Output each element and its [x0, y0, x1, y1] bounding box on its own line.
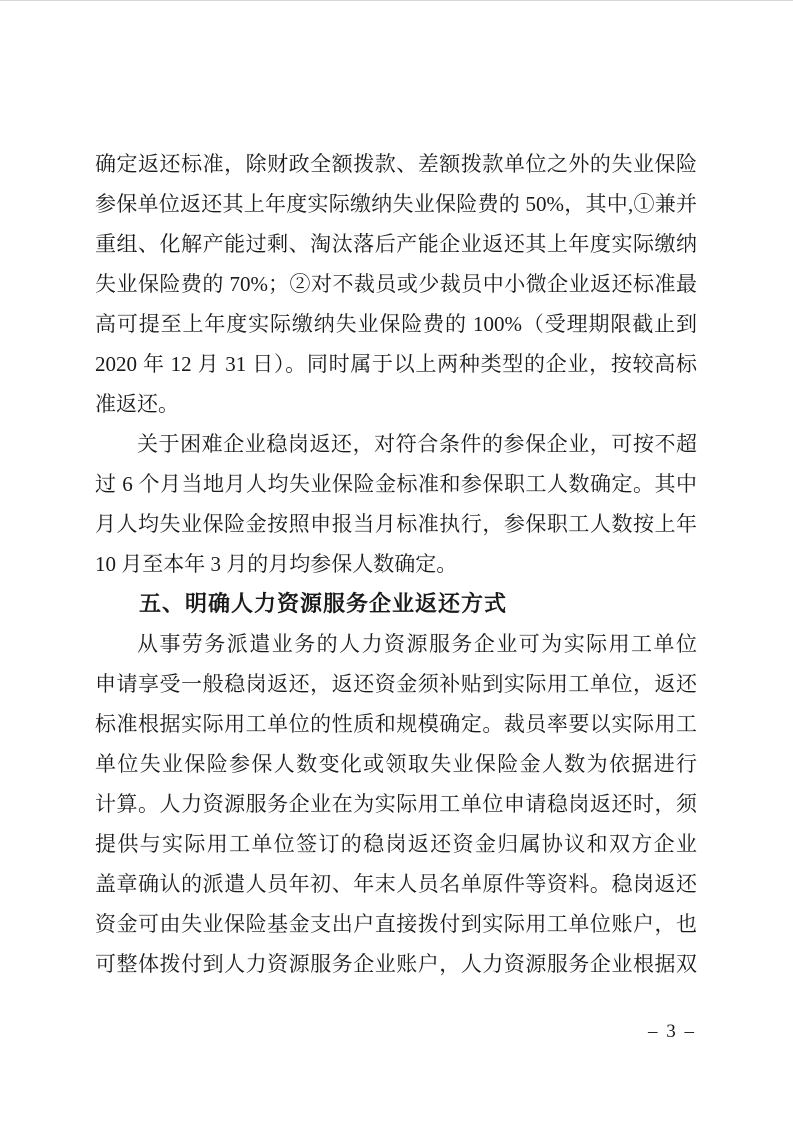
section-heading: 五、明确人力资源服务企业返还方式: [95, 584, 697, 624]
text-line: 2020 年 12 月 31 日）。同时属于以上两种类型的企业，按较高标: [95, 344, 697, 384]
text-line: 月人均失业保险金按照申报当月标准执行，参保职工人数按上年: [95, 504, 697, 544]
text-line: 盖章确认的派遣人员年初、年末人员名单原件等资料。稳岗返还: [95, 864, 697, 904]
text-line: 高可提至上年度实际缴纳失业保险费的 100%（受理期限截止到: [95, 304, 697, 344]
text-line: 申请享受一般稳岗返还，返还资金须补贴到实际用工单位，返还: [95, 664, 697, 704]
text-line: 关于困难企业稳岗返还，对符合条件的参保企业，可按不超: [95, 424, 697, 464]
paragraph: 关于困难企业稳岗返还，对符合条件的参保企业，可按不超过 6 个月当地月人均失业保…: [95, 424, 697, 584]
text-line: 可整体拨付到人力资源服务企业账户，人力资源服务企业根据双: [95, 944, 697, 984]
text-line: 准返还。: [95, 384, 697, 424]
text-line: 参保单位返还其上年度实际缴纳失业保险费的 50%，其中,①兼并: [95, 184, 697, 224]
text-line: 标准根据实际用工单位的性质和规模确定。裁员率要以实际用工: [95, 704, 697, 744]
text-line: 资金可由失业保险基金支出户直接拨付到实际用工单位账户，也: [95, 904, 697, 944]
heading-line: 五、明确人力资源服务企业返还方式: [95, 584, 697, 624]
text-line: 单位失业保险参保人数变化或领取失业保险金人数为依据进行: [95, 744, 697, 784]
text-line: 确定返还标准，除财政全额拨款、差额拨款单位之外的失业保险: [95, 144, 697, 184]
text-line: 失业保险费的 70%；②对不裁员或少裁员中小微企业返还标准最: [95, 264, 697, 304]
text-line: 从事劳务派遣业务的人力资源服务企业可为实际用工单位: [95, 624, 697, 664]
page-number: – 3 –: [648, 1021, 696, 1043]
document-page: 确定返还标准，除财政全额拨款、差额拨款单位之外的失业保险参保单位返还其上年度实际…: [0, 0, 793, 1122]
paragraph: 确定返还标准，除财政全额拨款、差额拨款单位之外的失业保险参保单位返还其上年度实际…: [95, 144, 697, 424]
paragraph: 从事劳务派遣业务的人力资源服务企业可为实际用工单位申请享受一般稳岗返还，返还资金…: [95, 624, 697, 984]
document-body: 确定返还标准，除财政全额拨款、差额拨款单位之外的失业保险参保单位返还其上年度实际…: [95, 144, 697, 984]
text-line: 重组、化解产能过剩、淘汰落后产能企业返还其上年度实际缴纳: [95, 224, 697, 264]
text-line: 提供与实际用工单位签订的稳岗返还资金归属协议和双方企业: [95, 824, 697, 864]
text-line: 计算。人力资源服务企业在为实际用工单位申请稳岗返还时，须: [95, 784, 697, 824]
text-line: 10 月至本年 3 月的月均参保人数确定。: [95, 544, 697, 584]
text-line: 过 6 个月当地月人均失业保险金标准和参保职工人数确定。其中: [95, 464, 697, 504]
